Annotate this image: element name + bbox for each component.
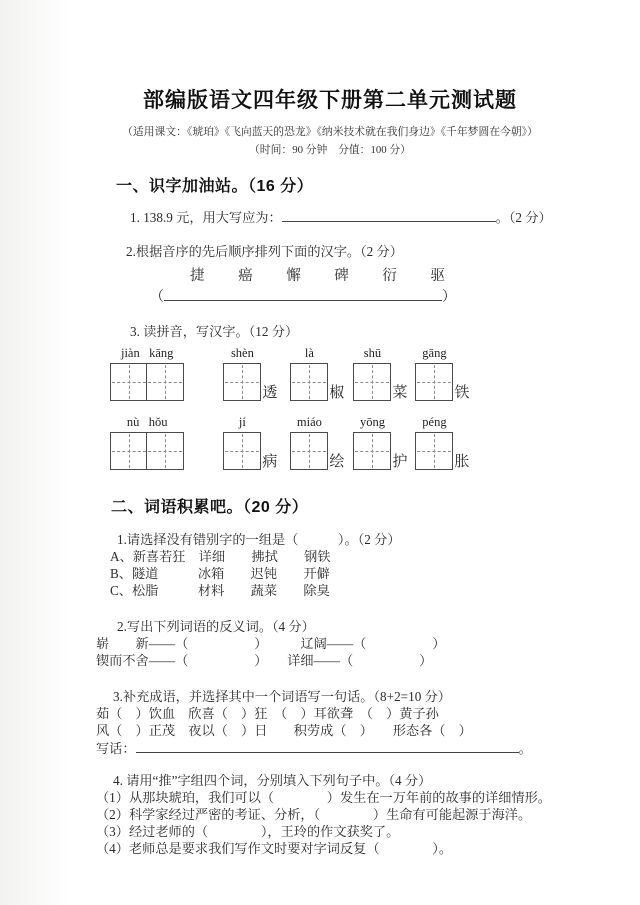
- pinyin-label: jiàn kāng: [121, 346, 173, 360]
- section1-heading: 一、识字加油站。（16 分）: [116, 173, 580, 196]
- given-character: 绘: [329, 455, 344, 470]
- pinyin-item: là 椒: [290, 346, 344, 401]
- given-character: 菜: [392, 386, 407, 401]
- write-label: 写话：: [96, 741, 136, 756]
- writing-grid-box: [223, 363, 261, 401]
- pinyin-label: yōng: [360, 415, 385, 429]
- pinyin-label: shèn: [231, 346, 254, 360]
- fill-sentence-2: （2）科学家经过严密的考证、分析，（ ）生命有可能起源于海洋。: [96, 806, 580, 823]
- char-item: 衍: [382, 264, 397, 285]
- sentence-writing-line: 写话：。: [96, 739, 580, 757]
- writing-grid-box: [415, 432, 453, 470]
- s2-question2: 2.写出下列词语的反义词。（4 分）: [117, 618, 580, 635]
- pinyin-label: péng: [422, 415, 446, 429]
- s2-question1: 1.请选择没有错别字的一组是（ ）。（2 分）: [117, 531, 580, 548]
- s1-q1-suffix: 。（2 分）: [496, 210, 552, 225]
- pinyin-label: shū: [364, 346, 381, 360]
- writing-grid-box: [110, 363, 148, 401]
- pinyin-label: là: [305, 346, 314, 360]
- applicable-texts: （适用课文：《琥珀》《飞向蓝天的恐龙》《纳米技术就在我们身边》《千年梦圆在今朝》…: [80, 124, 580, 139]
- pinyin-item: gāng 铁: [415, 346, 469, 401]
- s1-q1-answer-blank: [282, 208, 496, 222]
- s2-question3: 3.补充成语，并选择其中一个词语写一句话。（8+2=10 分）: [113, 688, 580, 705]
- pinyin-row-1: jiàn kāng shèn 透 là 椒 s: [110, 346, 580, 401]
- writing-grid-box: [415, 363, 453, 401]
- antonym-line-2: 锲而不舍——（ ） 详细——（ ）: [96, 652, 580, 669]
- given-character: 胀: [454, 455, 469, 470]
- write-suffix: 。: [519, 741, 532, 756]
- given-character: 护: [392, 455, 407, 470]
- writing-grid-box: [223, 432, 261, 470]
- s1-question1: 1. 138.9 元，用大写应为：。（2 分）: [130, 208, 580, 226]
- pinyin-item: shū 菜: [353, 346, 407, 401]
- fill-sentence-4: （4）老师总是要求我们写作文时要对字词反复（ ）。: [96, 840, 580, 857]
- char-item: 懈: [286, 264, 301, 285]
- pinyin-label: miáo: [297, 415, 322, 429]
- writing-grid-box: [146, 432, 184, 470]
- pinyin-item: péng 胀: [415, 415, 469, 470]
- pinyin-label: nù hǒu: [127, 415, 168, 429]
- writing-grid-box: [290, 363, 328, 401]
- pinyin-item: jiàn kāng: [110, 346, 184, 401]
- writing-grid-box: [146, 363, 184, 401]
- paper-title: 部编版语文四年级下册第二单元测试题: [80, 84, 580, 114]
- option-c: C、松脂 材料 蔬菜 除臭: [110, 582, 580, 599]
- writing-grid-box: [110, 432, 148, 470]
- pinyin-item: yōng 护: [353, 415, 407, 470]
- writing-grid-box: [353, 432, 391, 470]
- given-character: 病: [262, 455, 277, 470]
- s1-question3: 3. 读拼音，写汉字。（12 分）: [130, 323, 580, 340]
- writing-grid-box: [353, 363, 391, 401]
- writing-grid-box: [290, 432, 328, 470]
- pinyin-label: gāng: [422, 346, 446, 360]
- s1-q2-answer-line: （）: [150, 286, 580, 306]
- idiom-line-1: 茹（ ）饮血 欣喜（ ）狂 （ ）耳欲聋 （ ）黄子孙: [96, 705, 580, 722]
- time-score-info: （时间：90 分钟 分值：100 分）: [80, 142, 580, 157]
- option-b: B、隧道 冰箱 迟钝 开僻: [110, 565, 580, 582]
- s1-q2-character-list: 捷 癌 懈 碑 衍 驱: [190, 264, 445, 285]
- given-character: 椒: [329, 386, 344, 401]
- pinyin-row-2: nù hǒu jí 病 miáo 绘 yōng: [110, 415, 580, 470]
- fill-sentence-3: （3）经过老师的（ ），王玲的作文获奖了。: [96, 823, 580, 840]
- pinyin-label: jí: [239, 415, 246, 429]
- antonym-line-1: 崭 新——（ ） 辽阔——（ ）: [96, 635, 580, 652]
- pinyin-item: miáo 绘: [290, 415, 344, 470]
- pinyin-item: jí 病: [223, 415, 277, 470]
- char-item: 捷: [190, 264, 205, 285]
- given-character: 透: [262, 386, 277, 401]
- given-character: 铁: [454, 386, 469, 401]
- test-paper-page: 部编版语文四年级下册第二单元测试题 （适用课文：《琥珀》《飞向蓝天的恐龙》《纳米…: [0, 0, 640, 905]
- write-answer-blank: [136, 739, 519, 753]
- s1-question2: 2.根据音序的先后顺序排列下面的汉字。（2 分）: [126, 243, 580, 260]
- pinyin-item: shèn 透: [223, 346, 277, 401]
- s1-q1-prefix: 1. 138.9 元，用大写应为：: [130, 210, 282, 225]
- s1-q2-answer-blank: [164, 286, 442, 301]
- section2-heading: 二、词语积累吧。（20 分）: [111, 494, 580, 517]
- char-item: 碑: [334, 264, 349, 285]
- open-paren: （: [150, 290, 164, 305]
- fill-sentence-1: （1）从那块琥珀，我们可以（ ）发生在一万年前的故事的详细情形。: [96, 789, 580, 806]
- pinyin-item: nù hǒu: [110, 415, 184, 470]
- paper-content: 部编版语文四年级下册第二单元测试题 （适用课文：《琥珀》《飞向蓝天的恐龙》《纳米…: [0, 0, 640, 857]
- s2-question4: 4. 请用“推”字组四个词，分别填入下列句子中。（4 分）: [113, 772, 580, 789]
- char-item: 癌: [238, 264, 253, 285]
- char-item: 驱: [430, 264, 445, 285]
- idiom-line-2: 风（ ）正茂 夜以（ ）日 积劳成（ ） 形态各（ ）: [96, 722, 580, 739]
- option-a: A、新喜若狂 详细 拂拭 钢铁: [110, 548, 580, 565]
- close-paren: ）: [442, 290, 456, 305]
